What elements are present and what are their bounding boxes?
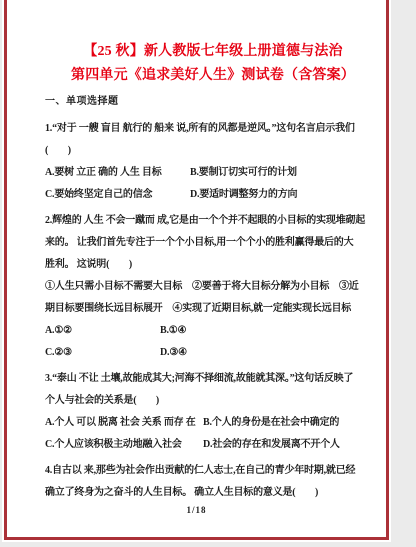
question-3-option-row-cd: C.个人应该积极主动地融入社会D.社会的存在和发展离不开个人 [45, 434, 381, 456]
question-1-text: 1.“对于 一艘 盲目 航行的 船来 说,所有的风都是逆风。”这句名言启示我们 [45, 118, 381, 140]
option-b: B.①④ [160, 325, 186, 336]
option-c: C.个人应该积极主动地融入社会 [45, 434, 203, 456]
option-b: B.要制订切实可行的计划 [190, 167, 297, 178]
question-2-option-row-ab: A.①②B.①④ [45, 320, 381, 342]
question-3-text: 3.“泰山 不让 土壤,故能成其大;河海不择细流,故能就其深。”这句话反映了 [45, 368, 381, 390]
question-2: 2.辉煌的 人生 不会一蹴而 成,它是由一个个并不起眼的小目标的实现堆砌起 来的… [45, 210, 381, 364]
option-d: D.③④ [160, 347, 187, 358]
question-2-statements: ①人生只需小目标不需要大目标 ②要善于将大目标分解为小目标 ③近 [45, 276, 381, 298]
option-d: D.社会的存在和发展离不开个人 [203, 439, 340, 450]
question-1-answer-blank: ( ) [45, 140, 381, 162]
option-a: A.①② [45, 320, 160, 342]
option-d: D.要适时调整努力的方向 [190, 189, 297, 200]
page-content: 【25 秋】新人教版七年级上册道德与法治 第四单元《追求美好人生》测试卷（含答案… [45, 40, 381, 504]
option-a: A.要树 立正 确的 人生 目标 [45, 162, 190, 184]
page-number: 1/18 [2, 505, 391, 515]
page-title-line-1: 【25 秋】新人教版七年级上册道德与法治 [45, 40, 381, 64]
question-3: 3.“泰山 不让 土壤,故能成其大;河海不择细流,故能就其深。”这句话反映了 个… [45, 368, 381, 456]
question-4-text: 确立了终身为之奋斗的人生目标。 确立人生目标的意义是( ) [45, 482, 381, 504]
question-1-option-row-ab: A.要树 立正 确的 人生 目标B.要制订切实可行的计划 [45, 162, 381, 184]
question-2-text: 来的。 让我们首先专注于一个个小目标,用一个个小的胜利赢得最后的大 [45, 232, 381, 254]
question-4-text: 4.自古以 来,那些为社会作出贡献的仁人志士,在自己的青少年时期,就已经 [45, 460, 381, 482]
option-c: C.要始终坚定自己的信念 [45, 184, 190, 206]
document-viewer: { "colors": { "title_red": "#e60012", "f… [0, 0, 416, 547]
exam-page: 【25 秋】新人教版七年级上册道德与法治 第四单元《追求美好人生》测试卷（含答案… [2, 0, 391, 542]
question-2-statements: 期目标要围绕长远目标展开 ④实现了近期目标,就一定能实现长远目标 [45, 298, 381, 320]
question-3-option-row-ab: A.个人 可以 脱离 社会 关系 而存 在B.个人的身份是在社会中确定的 [45, 412, 381, 434]
question-2-text: 2.辉煌的 人生 不会一蹴而 成,它是由一个个并不起眼的小目标的实现堆砌起 [45, 210, 381, 232]
question-1: 1.“对于 一艘 盲目 航行的 船来 说,所有的风都是逆风。”这句名言启示我们 … [45, 118, 381, 206]
question-2-text: 胜利。 这说明( ) [45, 254, 381, 276]
question-4: 4.自古以 来,那些为社会作出贡献的仁人志士,在自己的青少年时期,就已经 确立了… [45, 460, 381, 504]
question-2-option-row-cd: C.②③D.③④ [45, 342, 381, 364]
question-3-text: 个人与社会的关系是( ) [45, 390, 381, 412]
option-a: A.个人 可以 脱离 社会 关系 而存 在 [45, 412, 203, 434]
question-1-option-row-cd: C.要始终坚定自己的信念D.要适时调整努力的方向 [45, 184, 381, 206]
section-heading: 一、单项选择题 [45, 94, 381, 110]
page-title-line-2: 第四单元《追求美好人生》测试卷（含答案） [45, 64, 381, 88]
option-b: B.个人的身份是在社会中确定的 [203, 417, 339, 428]
option-c: C.②③ [45, 342, 160, 364]
